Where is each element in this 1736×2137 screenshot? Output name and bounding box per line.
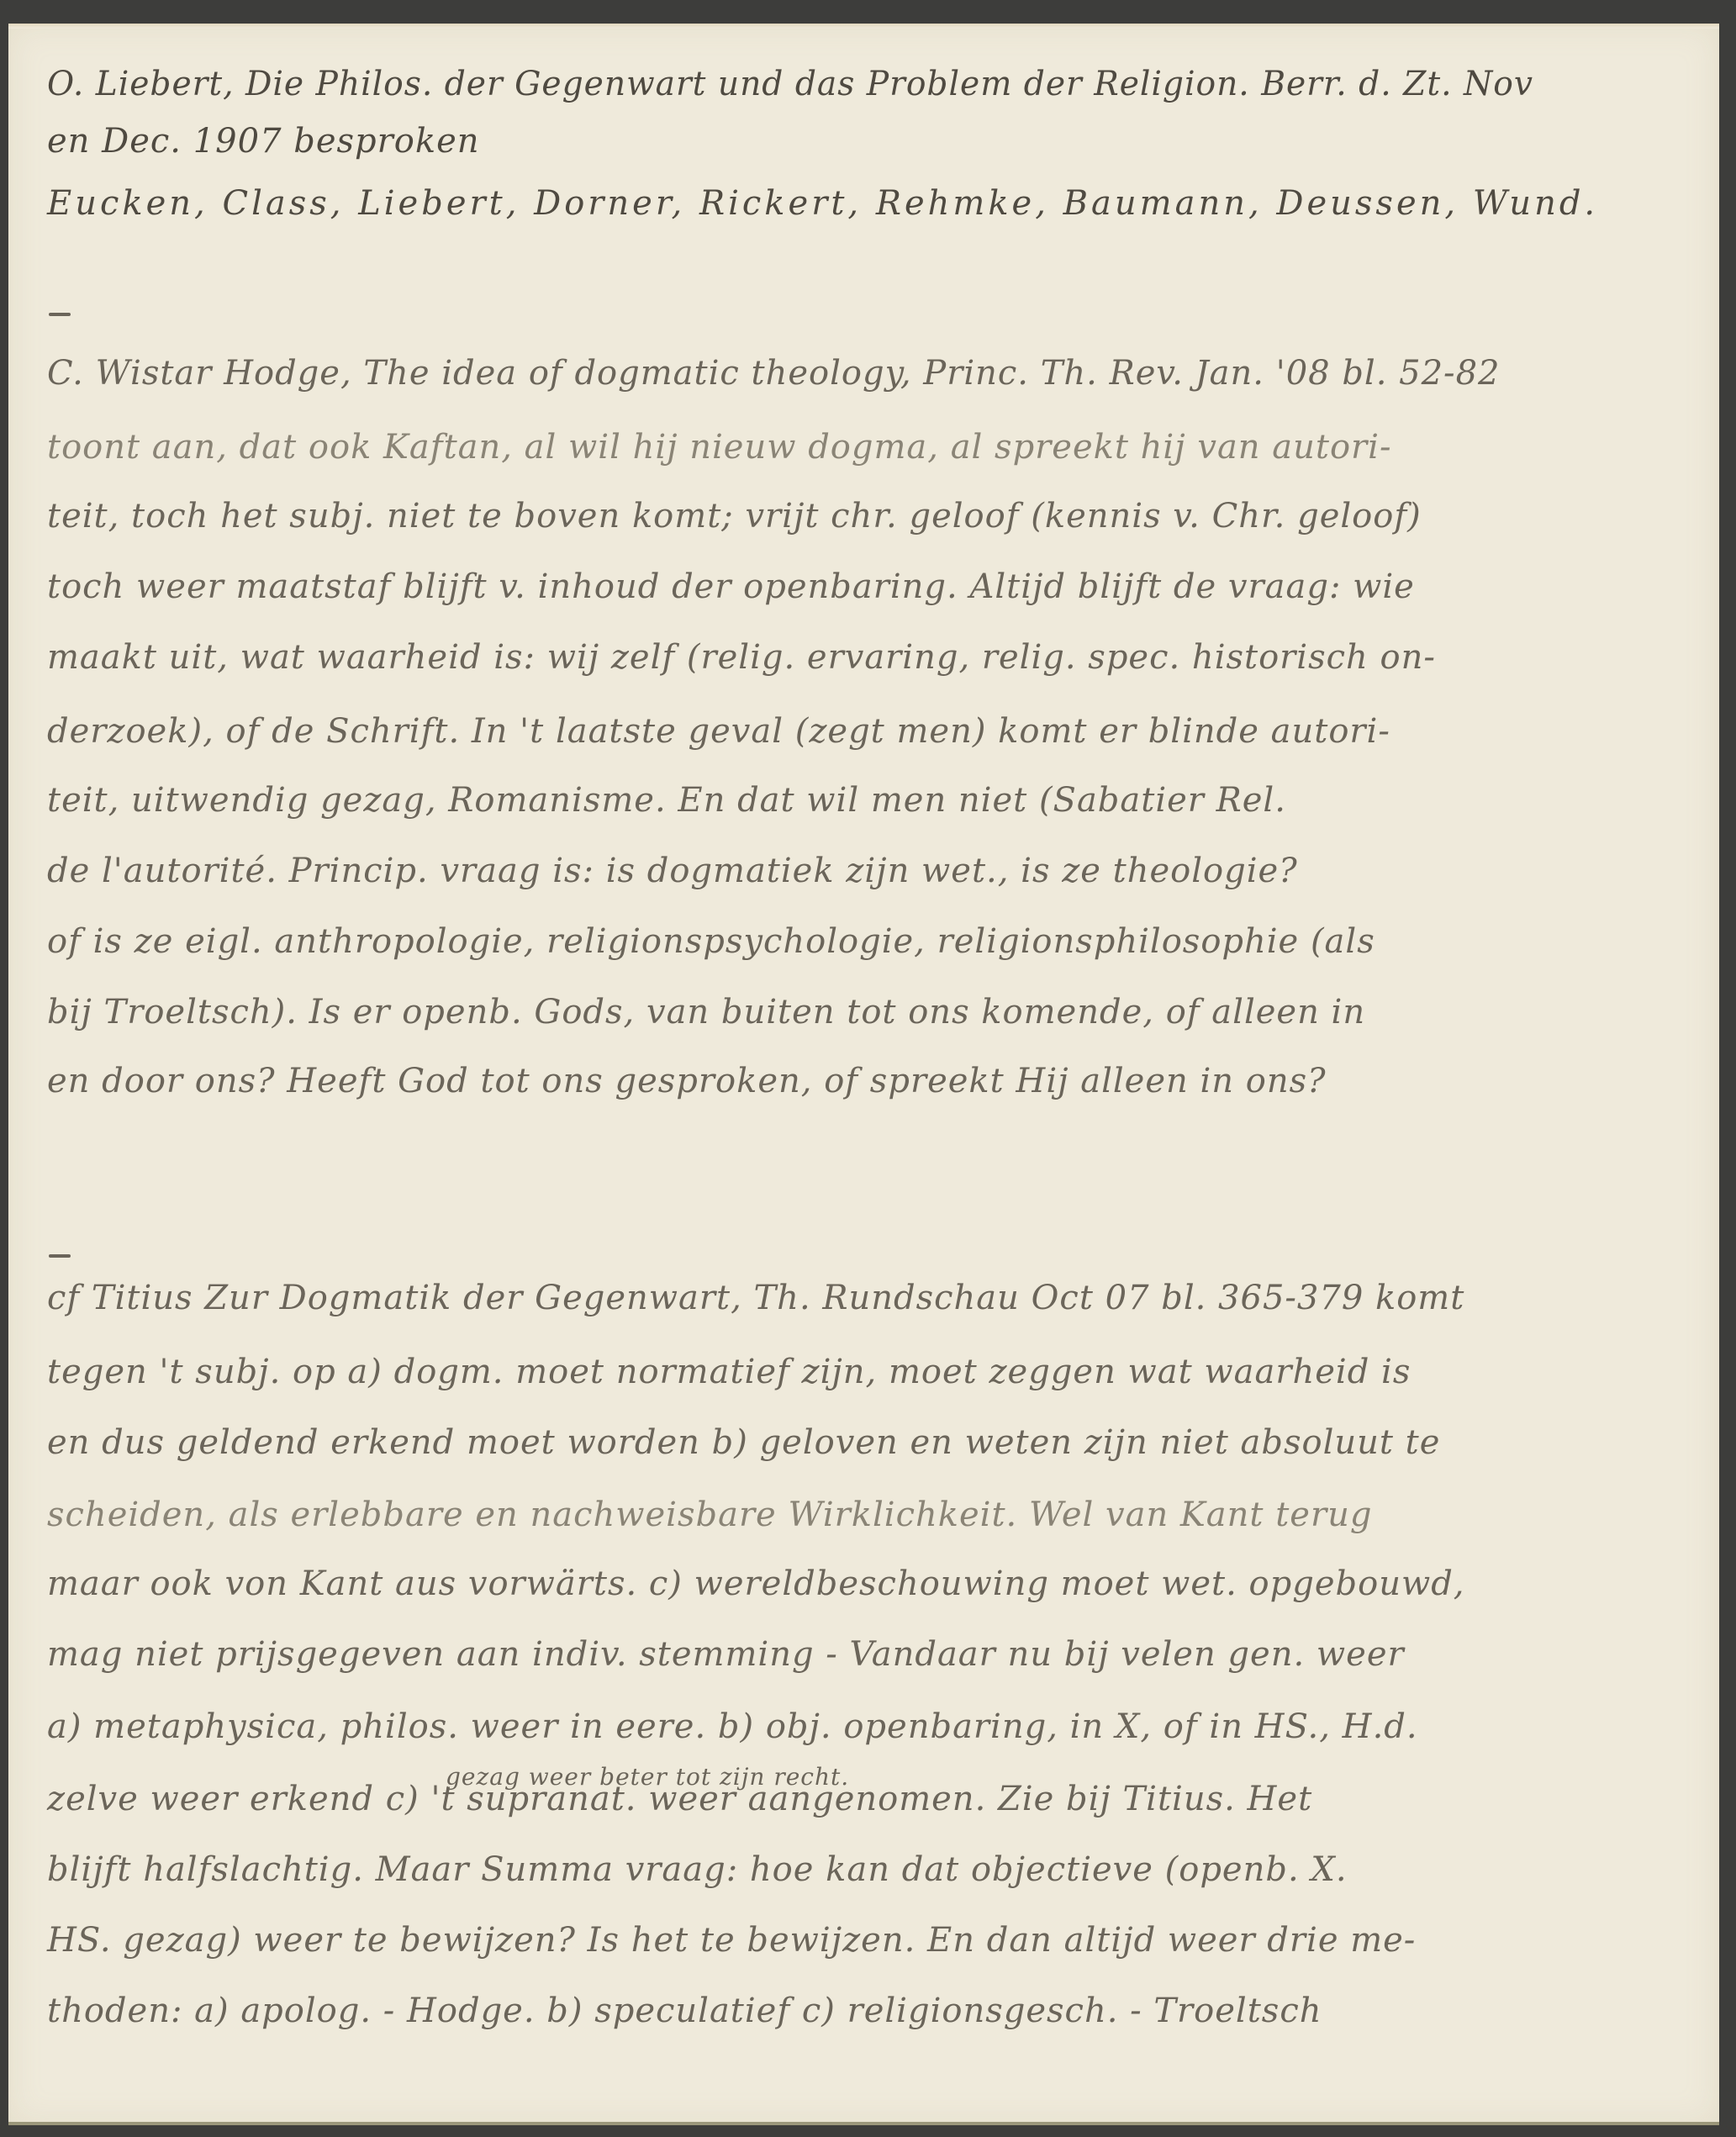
note-line: tegen 't subj. op a) dogm. moet normatie… [47,1352,1411,1392]
note-line: zelve weer erkend c) 't supranat. weer a… [47,1779,1312,1819]
note-line: toont aan, dat ook Kaftan, al wil hij ni… [47,427,1391,467]
note-line: maakt uit, wat waarheid is: wij zelf (re… [47,637,1436,678]
note-line: en door ons? Heeft God tot ons gesproken… [47,1061,1327,1101]
section-divider [49,1254,71,1258]
note-line: mag niet prijsgegeven aan indiv. stemmin… [47,1634,1405,1675]
note-line: en Dec. 1907 besproken [47,121,480,161]
note-line: cf Titius Zur Dogmatik der Gegenwart, Th… [47,1278,1464,1318]
note-line: derzoek), of de Schrift. In 't laatste g… [47,711,1390,752]
note-line: bij Troeltsch). Is er openb. Gods, van b… [47,992,1365,1032]
note-line: Eucken, Class, Liebert, Dorner, Rickert,… [47,183,1598,224]
note-line: a) metaphysica, philos. weer in eere. b)… [47,1707,1418,1747]
note-line: blijft halfslachtig. Maar Summa vraag: h… [47,1849,1348,1890]
note-line: HS. gezag) weer te bewijzen? Is het te b… [47,1920,1416,1960]
note-line: O. Liebert, Die Philos. der Gegenwart un… [47,64,1533,104]
note-line: thoden: a) apolog. - Hodge. b) speculati… [47,1991,1322,2031]
note-line: scheiden, als erlebbare en nachweisbare … [47,1495,1372,1535]
note-line: maar ook von Kant aus vorwärts. c) werel… [47,1564,1465,1604]
note-line: de l'autorité. Princip. vraag is: is dog… [47,851,1298,891]
note-line: teit, uitwendig gezag, Romanisme. En dat… [47,780,1286,821]
note-line: teit, toch het subj. niet te boven komt;… [47,496,1422,536]
note-line: C. Wistar Hodge, The idea of dogmatic th… [47,353,1500,393]
section-divider [49,313,71,316]
note-line: of is ze eigl. anthropologie, religionsp… [47,921,1375,962]
note-line: toch weer maatstaf blijft v. inhoud der … [47,567,1415,607]
manuscript-page: O. Liebert, Die Philos. der Gegenwart un… [8,24,1719,2125]
note-line: en dus geldend erkend moet worden b) gel… [47,1422,1440,1463]
